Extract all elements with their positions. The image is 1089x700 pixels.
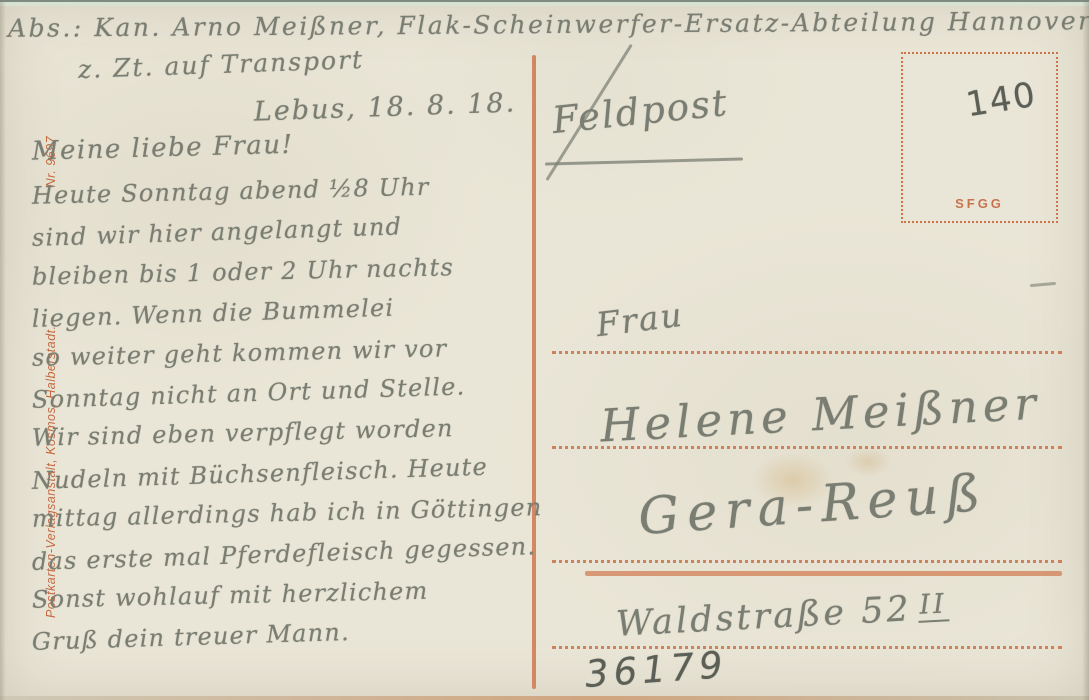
message-body: Meine liebe Frau! Heute Sonntag abend ½8…	[32, 130, 537, 661]
sender-line-1: Abs.: Kan. Arno Meißner, Flak-Scheinwerf…	[8, 6, 1089, 43]
address-name: Helene Meißner	[599, 376, 1042, 452]
address-street-text: Waldstraße 52	[615, 589, 912, 644]
sender-line-2: z. Zt. auf Transport	[78, 45, 365, 84]
address-dotted-line-4	[552, 646, 1062, 649]
card-edge-left	[0, 0, 6, 700]
postcard-back: SFGG 140 Postkarten-Verlagsanstalt, Kosm…	[0, 0, 1089, 700]
card-edge-top-strip	[0, 2, 1089, 6]
address-floor-numeral: II	[917, 588, 950, 623]
address-city: Gera-Reuß	[636, 464, 990, 547]
stamp-box-code: SFGG	[903, 196, 1056, 211]
address-dotted-line-1	[552, 351, 1062, 354]
pencil-dash-mark	[1030, 282, 1056, 287]
address-title: Frau	[594, 295, 686, 344]
card-edge-right	[1082, 0, 1089, 700]
feldpost-underline-stroke	[545, 157, 743, 165]
date-line: Lebus, 18. 8. 18.	[245, 87, 526, 128]
card-edge-bottom	[0, 696, 1089, 700]
address-dotted-line-3	[552, 560, 1062, 563]
bottom-number: 36179	[584, 643, 729, 696]
stamp-box: SFGG	[901, 52, 1058, 223]
address-solid-line	[585, 571, 1062, 576]
address-street: Waldstraße 52II	[615, 587, 950, 644]
